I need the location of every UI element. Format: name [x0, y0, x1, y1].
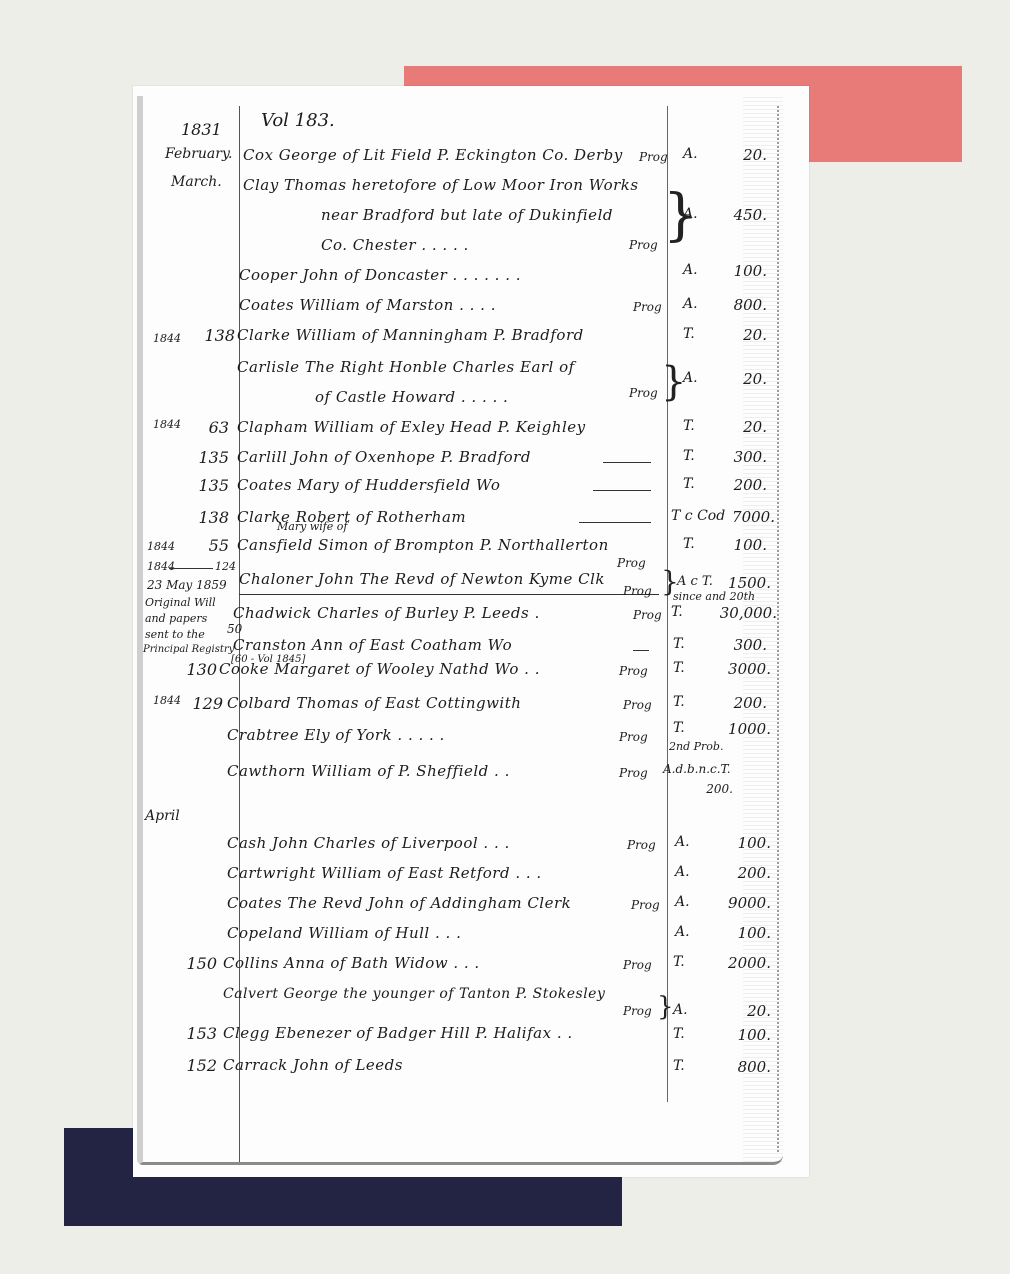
- dash-rule: [579, 522, 651, 523]
- entry-name: Chaloner John The Revd of Newton Kyme Cl…: [239, 570, 605, 588]
- ledger-year: 1831: [181, 120, 222, 139]
- entry-name: Coates Mary of Huddersfield Wo: [237, 476, 500, 494]
- entry-type: T.: [683, 448, 695, 464]
- entry-amount: 200.: [695, 476, 767, 494]
- entry-name: Clarke Robert of Rotherham: [237, 508, 466, 526]
- entry-name: Cranston Ann of East Coatham Wo: [233, 636, 512, 654]
- entry-type: T.: [673, 660, 685, 676]
- entry-number: 138: [179, 508, 229, 527]
- entry-prog: Prog: [629, 386, 658, 400]
- entry-amount: 20.: [695, 326, 767, 344]
- margin-rule-line: [169, 568, 213, 569]
- margin-year-1844: 1844: [147, 560, 175, 573]
- entry-number: 138: [185, 326, 235, 345]
- entry-prog: Prog: [631, 898, 660, 912]
- entry-number: 135: [179, 476, 229, 495]
- entry-name: Carlisle The Right Honble Charles Earl o…: [237, 358, 575, 376]
- entry-amount: 200.: [699, 864, 771, 882]
- entry-number: 152: [167, 1056, 217, 1075]
- entry-name: Cansfield Simon of Brompton P. Northalle…: [237, 536, 609, 554]
- entry-type: T.: [673, 1026, 685, 1042]
- entry-name: Carrack John of Leeds: [223, 1056, 403, 1074]
- entry-prog: Prog: [623, 584, 652, 598]
- entry-type: A.: [673, 1002, 688, 1018]
- entry-prog: Prog: [619, 730, 648, 744]
- entry-prog: Prog: [629, 238, 658, 252]
- entry-continuation: Co. Chester . . . . .: [321, 236, 469, 254]
- entry-amount: 20.: [699, 1002, 771, 1020]
- entry-prog: Prog: [617, 556, 646, 570]
- entry-prog: Prog: [639, 150, 668, 164]
- margin-year-1844: 1844: [153, 418, 181, 431]
- entry-continuation: of Castle Howard . . . . .: [315, 388, 508, 406]
- entry-number: 130: [167, 660, 217, 679]
- entry-amount: 450.: [695, 206, 767, 224]
- entry-prog: Prog: [619, 766, 648, 780]
- entry-prog: Prog: [623, 1004, 652, 1018]
- entry-amount: 100.: [699, 1026, 771, 1044]
- entry-prog: Prog: [623, 698, 652, 712]
- month-april: April: [145, 808, 180, 824]
- entry-name: Cartwright William of East Retford . . .: [227, 864, 542, 882]
- entry-prog: Prog: [633, 608, 662, 622]
- entry-number: 129: [173, 694, 223, 713]
- entry-name: Clarke William of Manningham P. Bradford: [237, 326, 584, 344]
- margin-principal-registry: Principal Registry: [143, 644, 234, 655]
- entry-name: Chadwick Charles of Burley P. Leeds .: [233, 604, 540, 622]
- entry-name: Cawthorn William of P. Sheffield . .: [227, 762, 510, 780]
- entry-name: Carlill John of Oxenhope P. Bradford: [237, 448, 531, 466]
- volume-label: Vol 183.: [261, 110, 335, 131]
- entry-name: Cash John Charles of Liverpool . . .: [227, 834, 510, 852]
- entry-name: Coates The Revd John of Addingham Clerk: [227, 894, 571, 912]
- margin-year-1844: 1844: [147, 540, 175, 553]
- entry-prog: Prog: [633, 300, 662, 314]
- entry-number: 135: [179, 448, 229, 467]
- amount-column-rule: [667, 106, 668, 1102]
- entry-subnote: 2nd Prob.: [669, 740, 723, 753]
- entry-subnote: since and 20th: [673, 590, 755, 603]
- entry-name: Crabtree Ely of York . . . . .: [227, 726, 445, 744]
- entry-prog: Prog: [623, 958, 652, 972]
- entry-number: 150: [167, 954, 217, 973]
- entry-amount: 2000.: [699, 954, 771, 972]
- month-february: February.: [165, 146, 232, 162]
- margin-original-will: Original Will: [145, 596, 216, 609]
- ledger-page-scan: 1831 Vol 183. February. March. April 184…: [133, 86, 809, 1177]
- entry-name: Clapham William of Exley Head P. Keighle…: [237, 418, 586, 436]
- entry-type: A.d.b.n.c.T.: [663, 762, 731, 776]
- entry-amount: 30,000.: [691, 604, 777, 622]
- entry-type: T.: [683, 536, 695, 552]
- dash-rule: [593, 490, 651, 491]
- margin-date-may-1859: 23 May 1859: [147, 578, 227, 592]
- entry-name: Cooke Margaret of Wooley Nathd Wo . .: [219, 660, 540, 678]
- entry-amount: 20.: [695, 370, 767, 388]
- entry-amount: 3000.: [699, 660, 771, 678]
- entry-number: 153: [167, 1024, 217, 1043]
- entry-type: T.: [673, 694, 685, 710]
- entry-type: T.: [673, 954, 685, 970]
- entry-type: T.: [671, 604, 683, 620]
- month-march: March.: [171, 174, 222, 190]
- entry-amount: 300.: [695, 636, 767, 654]
- brace-icon: }: [657, 994, 674, 1020]
- entry-type: A.: [675, 864, 690, 880]
- entry-amount: 800.: [695, 296, 767, 314]
- dash-rule: [633, 650, 649, 651]
- entry-name: Copeland William of Hull . . .: [227, 924, 461, 942]
- entry-amount: 1000.: [699, 720, 771, 738]
- entry-type: T.: [673, 1058, 685, 1074]
- entry-insertion: Mary wife of: [277, 520, 348, 533]
- entry-amount: 200.: [695, 694, 767, 712]
- strike-rule: [239, 594, 659, 595]
- entry-amount: 20.: [695, 146, 767, 164]
- entry-name: Collins Anna of Bath Widow . . .: [223, 954, 480, 972]
- entry-name: Colbard Thomas of East Cottingwith: [227, 694, 521, 712]
- entry-amount: 100.: [695, 536, 767, 554]
- entry-type: A.: [675, 924, 690, 940]
- entry-name: Clay Thomas heretofore of Low Moor Iron …: [243, 176, 639, 194]
- entry-type: T.: [673, 636, 685, 652]
- margin-ref-50: 50: [227, 622, 242, 636]
- entry-amount: 800.: [699, 1058, 771, 1076]
- margin-sent-to-the: sent to the: [145, 628, 205, 641]
- entry-number: 63: [179, 418, 229, 437]
- entry-type: T.: [683, 418, 695, 434]
- dash-rule: [603, 462, 651, 463]
- entry-name: Cooper John of Doncaster . . . . . . .: [239, 266, 521, 284]
- margin-year-1844: 1844: [153, 332, 181, 345]
- entry-type: A.: [675, 834, 690, 850]
- entry-prog: Prog: [619, 664, 648, 678]
- entry-amount: 300.: [695, 448, 767, 466]
- entry-name: Clegg Ebenezer of Badger Hill P. Halifax…: [223, 1024, 573, 1042]
- margin-and-papers: and papers: [145, 612, 207, 625]
- entry-type: T.: [673, 720, 685, 736]
- entry-name: Calvert George the younger of Tanton P. …: [223, 986, 605, 1002]
- entry-name: Cox George of Lit Field P. Eckington Co.…: [243, 146, 623, 164]
- entry-amount: 100.: [695, 262, 767, 280]
- entry-prog: Prog: [627, 838, 656, 852]
- margin-ref-124: 124: [215, 560, 236, 573]
- ledger-frame: 1831 Vol 183. February. March. April 184…: [137, 96, 783, 1165]
- entry-number: 55: [179, 536, 229, 555]
- entry-amount: 9000.: [699, 894, 771, 912]
- entry-type: T.: [683, 326, 695, 342]
- entry-amount: 100.: [699, 834, 771, 852]
- entry-type: A.: [675, 894, 690, 910]
- entry-continuation: near Bradford but late of Dukinfield: [321, 206, 613, 224]
- entry-type: T.: [683, 476, 695, 492]
- entry-amount: 200.: [679, 782, 733, 796]
- entry-amount: 7000.: [703, 508, 775, 526]
- entry-name: Coates William of Marston . . . .: [239, 296, 496, 314]
- entry-amount: 100.: [699, 924, 771, 942]
- entry-amount: 20.: [695, 418, 767, 436]
